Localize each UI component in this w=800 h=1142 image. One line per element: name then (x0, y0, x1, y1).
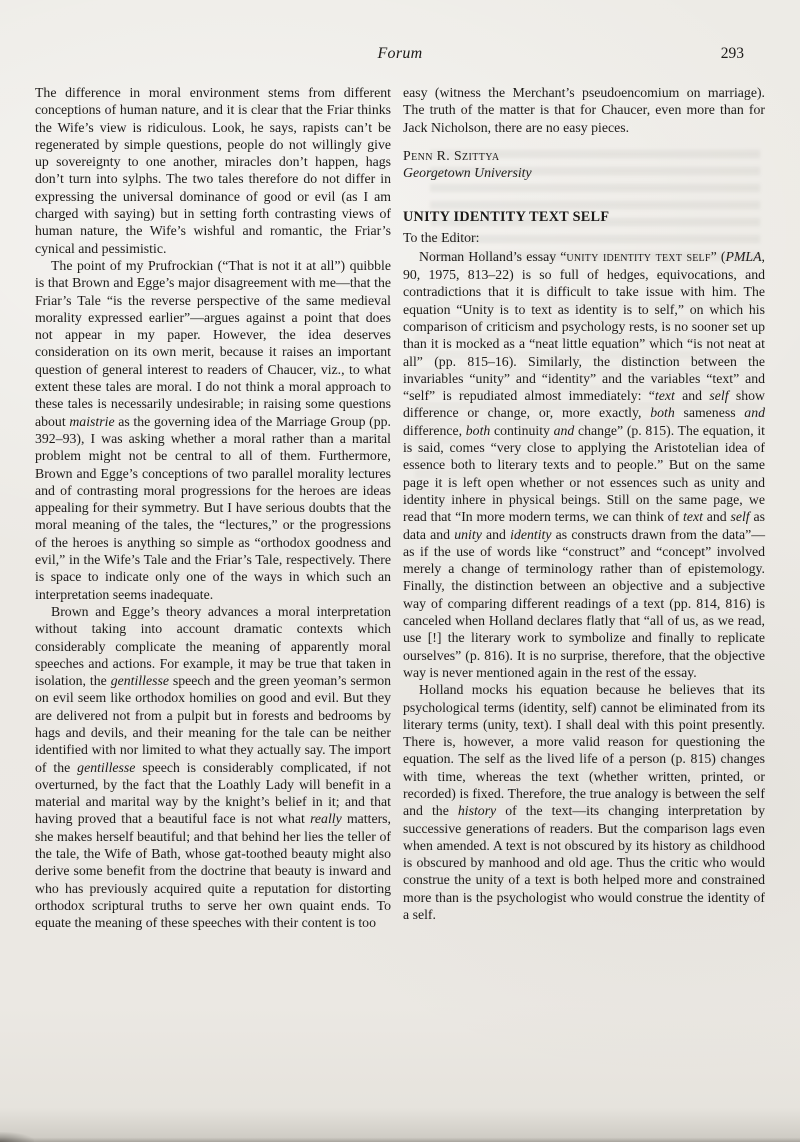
page-number: 293 (721, 44, 744, 64)
text-run: history (458, 803, 496, 818)
text-run: easy (witness the Merchant’s pseudoencom… (403, 85, 765, 135)
text-run: maistrie (69, 414, 114, 429)
text-run: really (310, 811, 342, 826)
text-run: as constructs drawn from the data”—as if… (403, 527, 765, 680)
text-run: identity (510, 527, 551, 542)
text-run: unity identity text self (566, 249, 710, 265)
author-affiliation: Georgetown University (403, 164, 765, 181)
paragraph: Norman Holland’s essay “unity identity t… (403, 248, 765, 681)
text-run: Norman Holland’s essay “ (419, 249, 566, 264)
two-column-body: The difference in moral environment stem… (35, 84, 765, 932)
text-run: and (744, 405, 765, 420)
text-run: text (655, 388, 675, 403)
text-run: as the governing idea of the Marriage Gr… (35, 414, 391, 602)
signature-block: Penn R. SzittyaGeorgetown University (403, 147, 765, 182)
text-run: ” ( (711, 249, 726, 264)
text-run: gentillesse (111, 673, 169, 688)
section-heading: UNITY IDENTITY TEXT SELF (403, 208, 765, 226)
paragraph: The difference in moral environment stem… (35, 84, 391, 257)
text-run: and (554, 423, 575, 438)
journal-page: Forum 293 The difference in moral enviro… (0, 0, 800, 1142)
author-name: Penn R. Szittya (403, 147, 765, 164)
left-column: The difference in moral environment stem… (35, 84, 391, 932)
paragraph: easy (witness the Merchant’s pseudoencom… (403, 84, 765, 136)
running-title: Forum (0, 44, 800, 64)
text-run: Holland mocks his equation because he be… (403, 682, 765, 818)
text-run: and (703, 509, 731, 524)
text-run: unity (454, 527, 482, 542)
text-run: self (709, 388, 728, 403)
right-column: easy (witness the Merchant’s pseudoencom… (403, 84, 765, 932)
paragraph: Holland mocks his equation because he be… (403, 681, 765, 923)
text-run: difference, (403, 423, 466, 438)
text-run: , 90, 1975, 813–22) is so full of hedges… (403, 249, 765, 403)
text-run: text (683, 509, 703, 524)
text-run: and (675, 388, 710, 403)
paragraph: Brown and Egge’s theory advances a moral… (35, 603, 391, 932)
text-run: self (730, 509, 749, 524)
scan-smudge (0, 1132, 34, 1142)
text-run: of the text—its changing interpretation … (403, 803, 765, 922)
paragraph: The point of my Prufrockian (“That is no… (35, 257, 391, 603)
running-head: Forum 293 (0, 0, 800, 66)
salutation: To the Editor: (403, 229, 765, 246)
text-run: continuity (490, 423, 553, 438)
text-run: PMLA (726, 249, 762, 264)
text-run: and (482, 527, 510, 542)
text-run: gentillesse (77, 760, 135, 775)
text-run: The difference in moral environment stem… (35, 85, 391, 256)
text-run: The point of my Prufrockian (“That is no… (35, 258, 391, 429)
text-run: both (466, 423, 491, 438)
text-run: sameness (675, 405, 745, 420)
text-run: both (650, 405, 675, 420)
text-run: matters, she makes herself beautiful; an… (35, 811, 391, 930)
